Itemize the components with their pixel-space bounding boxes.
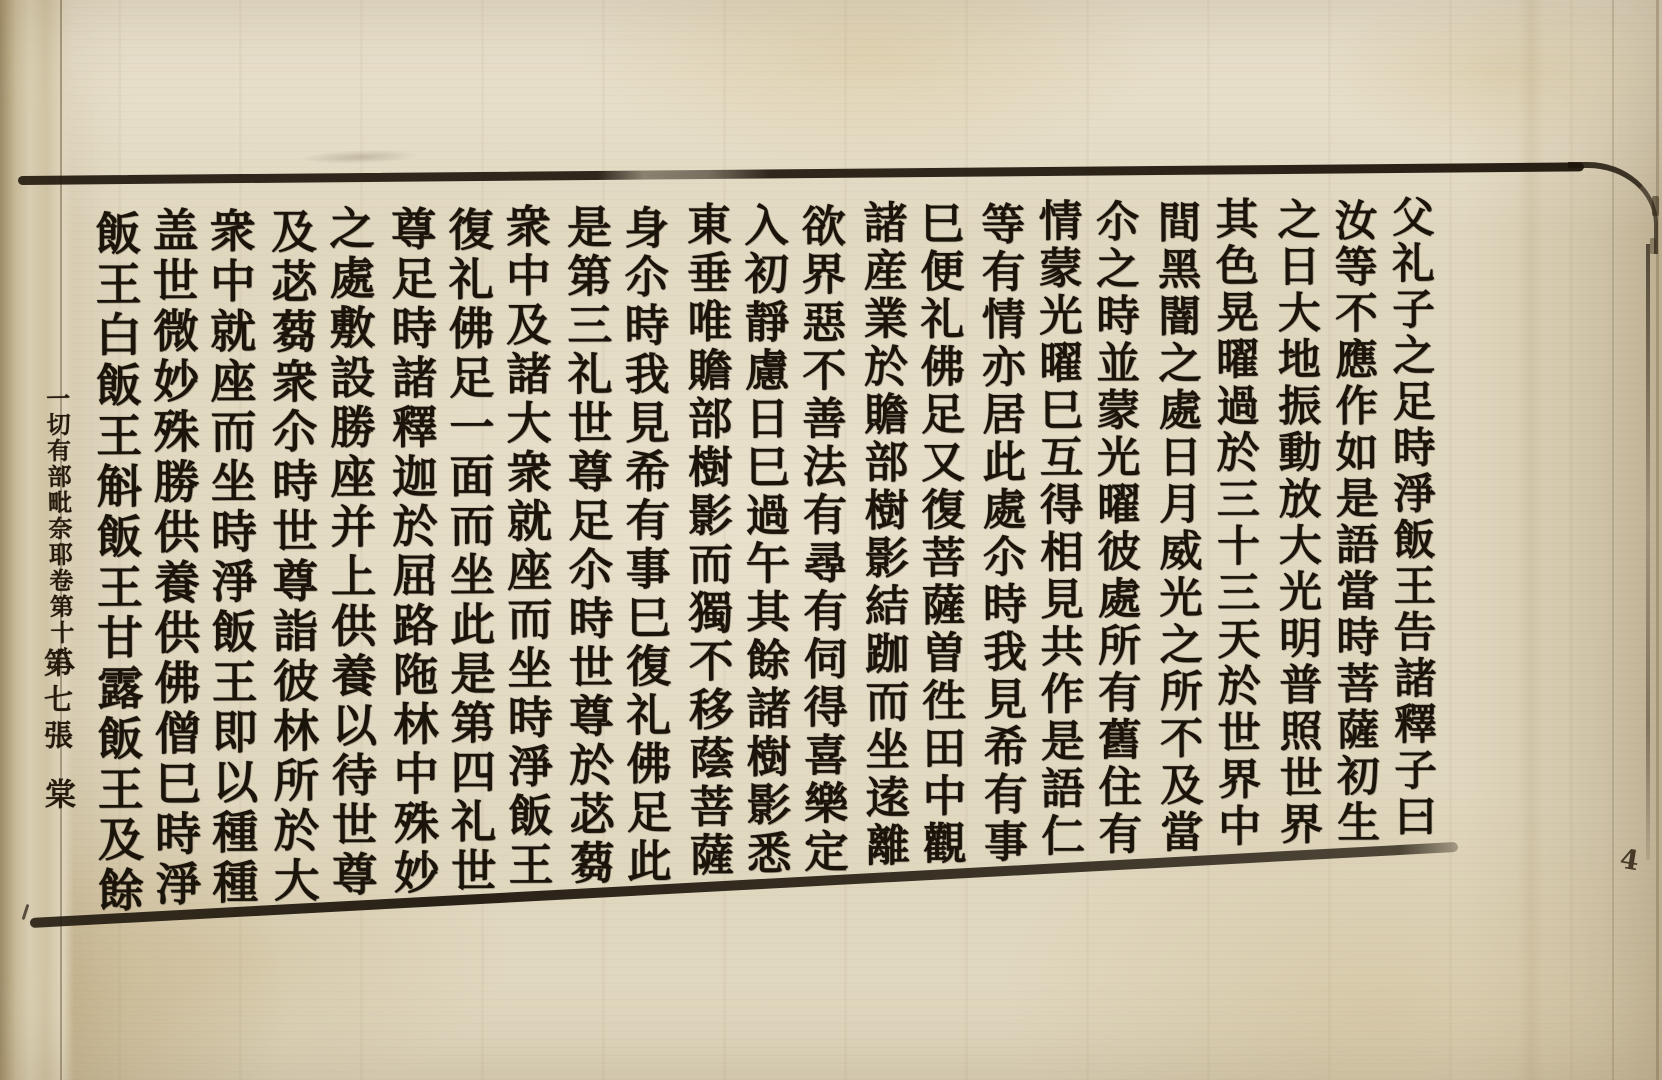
scroll-page: 父礼子之足時淨飯王告諸釋子曰汝等不應作如是語當時菩薩初生之日大地振動放大光明普照… — [0, 0, 1662, 1080]
page-vignette — [0, 0, 1662, 1080]
